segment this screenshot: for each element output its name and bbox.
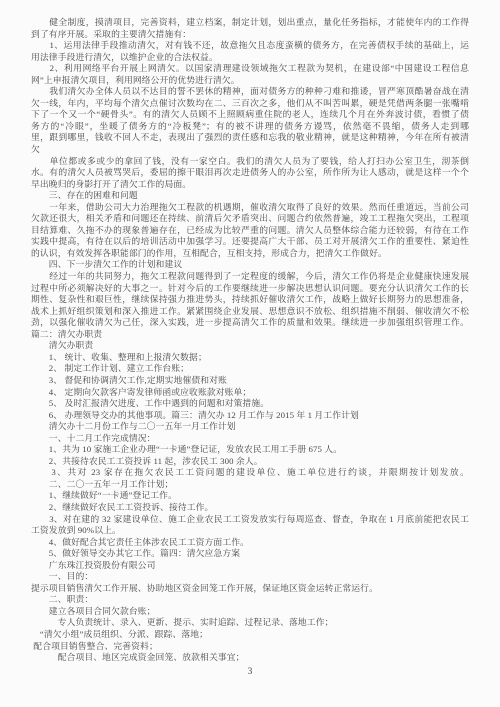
text-line: 实践中提高，有待在以后的培训活动中加强学习。还要提高广大干部、员工对开展清欠工作… [31,236,469,248]
text-line: 战术上抓好组织策划和深入推进工作。紧紧围绕企业发展、思想意识不放松、组织措施不削… [31,306,469,318]
text-line: 清欠办十二月份工作与二〇一五年一月工作计划 [31,421,469,433]
text-line: 2、 制定工作计划、建立工作台账； [31,363,469,375]
text-line: 经过一年的共同努力，拖欠工程款问题得到了一定程度的缓解，今后，清欠工作仍将是企业… [31,271,469,283]
text-line: 专人负责统计、录入、更新、提示、实时追踪、过程记录、落地工作； [31,617,469,629]
text-line: 过程中所必须解决好的大事之一。针对今后的工作要继续进一步解决思想认识问题。要充分… [31,283,469,295]
text-line: 工资发放到 90%以上。 [31,525,469,537]
text-line: 单位都或多或少的拿回了钱，没有一家空白。我们的清欠人员为了要钱，给人打扫办公室卫… [31,156,469,168]
text-line: 配合项目销售整合、完善资料； [31,641,469,653]
text-line: 1、共为 10 家施工企业办理“一卡通”登记证，发放农民工用工手册 675 人。 [31,444,469,456]
text-line: 清欠办职责 [31,340,469,352]
text-line: 二、二〇一五年一月工作计划； [31,479,469,491]
text-line: 一、目的： [31,571,469,583]
text-line: 欠款还很大，相关矛盾和问题还在持续、前清后欠矛盾突出、问题合约依然普遍，竣工工程… [31,213,469,225]
text-line: 目结算难、久拖不办的现象普遍存在，已经成为比较严重的问题。清欠人员整体综合能力还… [31,225,469,237]
text-line: 篇二：清欠办职责 [31,329,469,341]
text-line: 水。有的清欠人员被骂哭后，委屈的擦干眼泪再次走进债务人的办公室，所作所为让人感动… [31,167,469,179]
text-line: 网”上申报清欠项目，利用网络公开的优势进行清欠。 [31,75,469,87]
text-line: 4、 定期向欠款客户寄发律师函或应收账款对账单； [31,387,469,399]
text-line: 一年来，借助公司大力治理拖欠工程款的机遇期，催收清欠取得了良好的效果。然而任重道… [31,202,469,214]
text-line: 2、共接待农民工工资投诉 11 起，涉农民工 300 余人。 [31,456,469,468]
text-line: 劲，以强化催收清欠为己任，深入实践，进一步提高清欠工作的质量和效果。继续进一步加… [31,317,469,329]
text-line: 期性、复杂性和艰巨性，继续保持强力推进势头，持续抓好催收清欠工作，战略上做好长期… [31,294,469,306]
text-line: 1、继续做好“一卡通”登记工作。 [31,490,469,502]
text-line: 3、对在建的 32 家建设单位、施工企业农民工工资发放实行每周巡查、督查，争取在… [31,514,469,526]
text-line: 二、职责： [31,594,469,606]
text-line: 2、继续做好农民工工资投诉、接待工作。 [31,502,469,514]
text-line: 广东珠江投资股份有限公司 [31,560,469,572]
text-line: 建立各项目合同欠款台账； [31,606,469,618]
text-line: 欠一线，年内，平均每个清欠点催讨次数均在二、三百次之多，他们从不叫苦叫累，硬是凭… [31,98,469,110]
text-line: 早出晚归的身影打开了清欠工作的局面。 [31,179,469,191]
text-line: 健全制度，摸清项目，完善资料，建立档案，制定计划，划出重点，量化任务指标，才能使… [31,17,469,29]
text-line: 3、共对 23 家存在拖欠农民工工资问题的建设单位、施工单位进行约谈，并限期按计… [31,467,469,479]
document-page: 健全制度，摸清项目，完善资料，建立档案，制定计划，划出重点，量化任务指标，才能使… [0,0,500,707]
text-line: 欠 [31,144,469,156]
text-line: 用法律手段进行清欠，以维护企业的合法权益。 [31,52,469,64]
text-line: 务方的“冷眼”，坐暖了债务方的“冷板凳”；有的被不讲理的债务方谩骂，依然毫不畏缩… [31,121,469,133]
text-line: 的认识，有效发挥各职能部门的作用，互相配合，互相支持，形成合力，把清欠工作做好。 [31,248,469,260]
text-line: 下了一个又一个“硬骨头”。有的清欠人员顾不上照顾病重住院的老人，连续几个月在外奔… [31,109,469,121]
text-line: 6、 办理领导交办的其他事项。篇三：清欠办 12 月工作与 2015 年 1 月… [31,410,469,422]
text-line: 4、做好配合其它责任主体涉农民工工资方面工作。 [31,537,469,549]
text-line: 1、运用法律手段推动清欠，对有钱不还，故意拖欠且态度蛮横的债务方，在完善债权手续… [31,40,469,52]
text-line: 里，跟到哪里，钱收不回人不走，表现出了强烈的责任感和忘我的敬业精神，就是这种精神… [31,132,469,144]
text-line: 到了有序开展。采取的主要清欠措施有： [31,29,469,41]
text-line: 2、利用网络平台开展上网清欠。以国家清理建设领域拖欠工程款为契机，在建设部“中国… [31,63,469,75]
text-line: 一、十二月工作完成情况： [31,433,469,445]
text-line: 四、下一步清欠工作的计划和建议 [31,259,469,271]
text-line: 3、 督促和协调清欠工作,定期实地催债和对账 [31,375,469,387]
text-line: 5、做好领导交办其它工作。篇四：清欠应急方案 [31,548,469,560]
document-text: 健全制度，摸清项目，完善资料，建立档案，制定计划，划出重点，量化任务指标，才能使… [31,17,469,664]
text-line: 1、 统计、收集、整理和上报清欠数据； [31,352,469,364]
page-number: 3 [31,667,469,679]
text-line: “清欠小组”成员组织、分派、跟踪、落地； [31,629,469,641]
text-line: 5、 及时汇报清欠进度、工作中遇到的问题和对策措施。 [31,398,469,410]
text-line: 我们清欠办全体人员以不达目的誓不罢休的精神，面对债务方的种种刁难和推诿，冒严寒顶… [31,86,469,98]
text-line: 三、存在的困难和问题 [31,190,469,202]
text-line: 配合项目、地区完成资金回笼、放款相关事宜； [31,652,469,664]
text-line: 提示项目销售清欠工作开展、协助地区资金回笼工作开展，保证地区资金运转正常运行。 [31,583,469,595]
